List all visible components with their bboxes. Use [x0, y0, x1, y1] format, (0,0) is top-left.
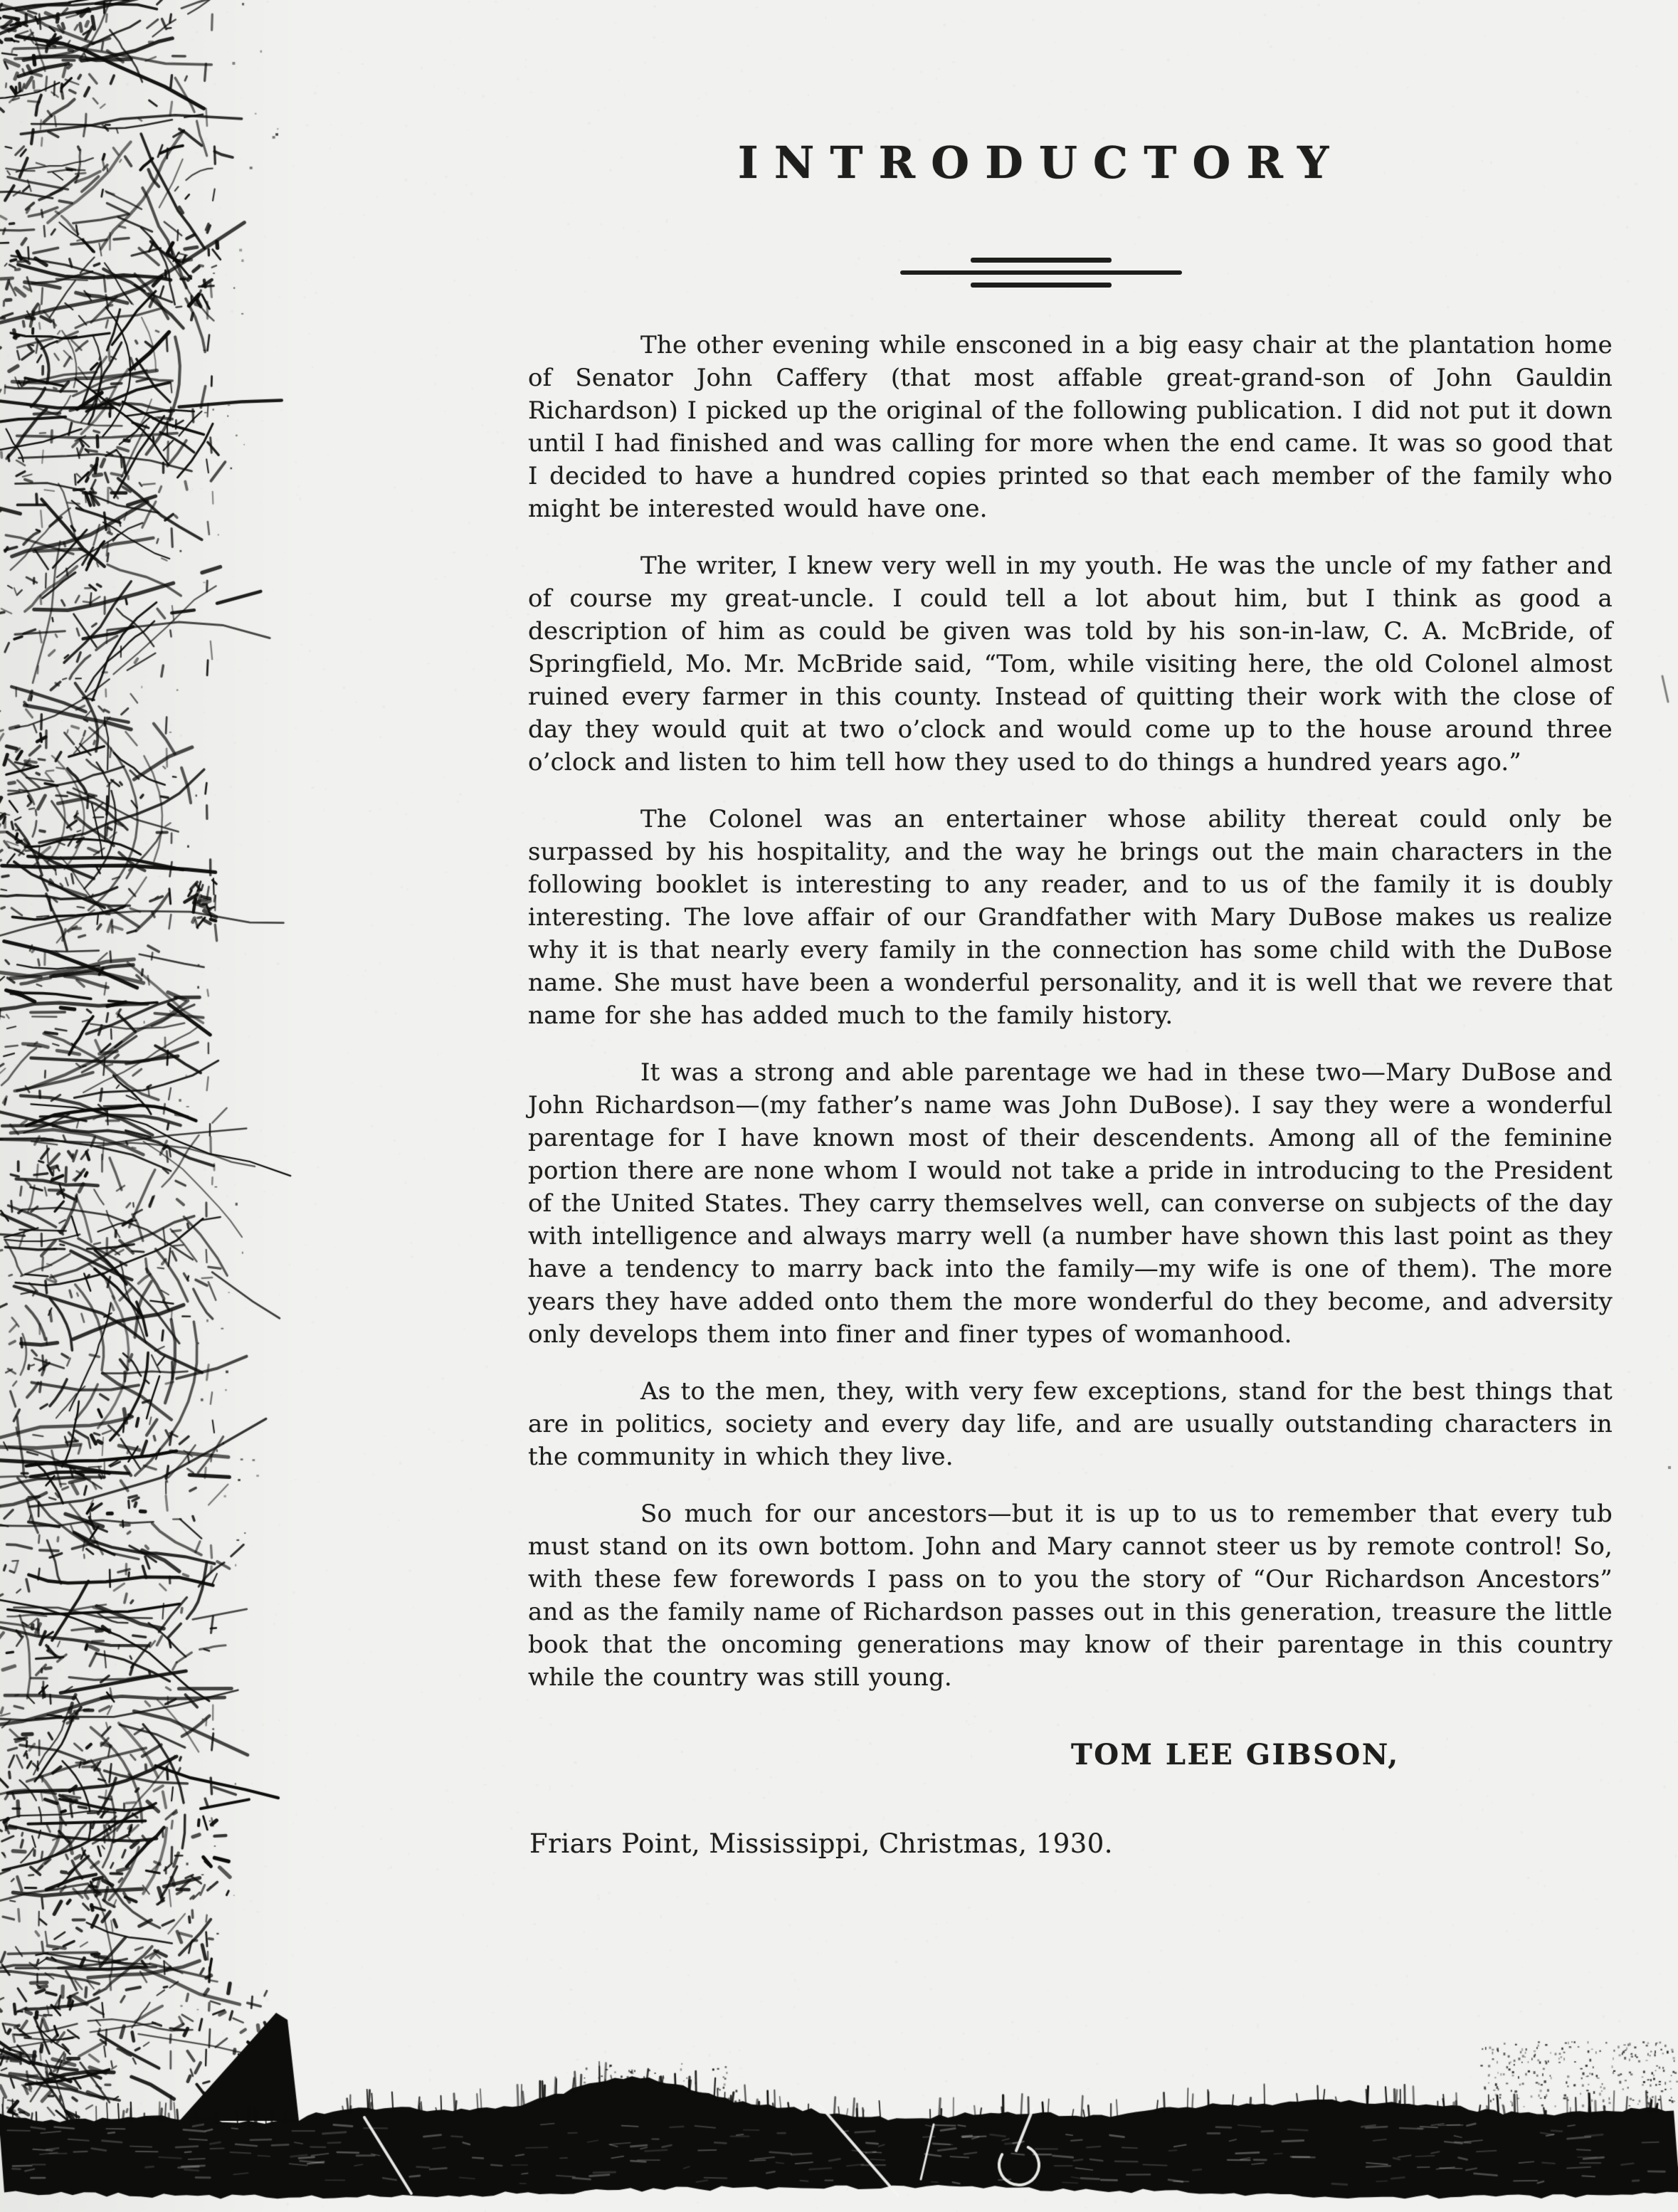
title-divider — [900, 258, 1182, 288]
scanned-document-page: INTRODUCTORY The other evening while ens… — [0, 0, 1678, 2212]
document-content: INTRODUCTORY The other evening while ens… — [0, 0, 1678, 2212]
body-text: The other evening while ensconed in a bi… — [528, 329, 1613, 1718]
divider-line-top — [971, 258, 1112, 263]
divider-line-bottom — [971, 283, 1112, 288]
dateline: Friars Point, Mississippi, Christmas, 19… — [529, 1831, 1113, 1857]
paragraph-3: The Colonel was an entertainer whose abi… — [528, 803, 1613, 1032]
divider-line-middle — [900, 270, 1182, 275]
paragraph-1: The other evening while ensconed in a bi… — [528, 329, 1613, 525]
signature: TOM LEE GIBSON, — [1071, 1741, 1400, 1769]
paragraph-2: The writer, I knew very well in my youth… — [528, 549, 1613, 779]
paragraph-6: So much for our ancestors—but it is up t… — [528, 1497, 1613, 1694]
page-title: INTRODUCTORY — [738, 141, 1345, 185]
paragraph-5: As to the men, they, with very few excep… — [528, 1375, 1613, 1473]
paragraph-4: It was a strong and able parentage we ha… — [528, 1056, 1613, 1351]
